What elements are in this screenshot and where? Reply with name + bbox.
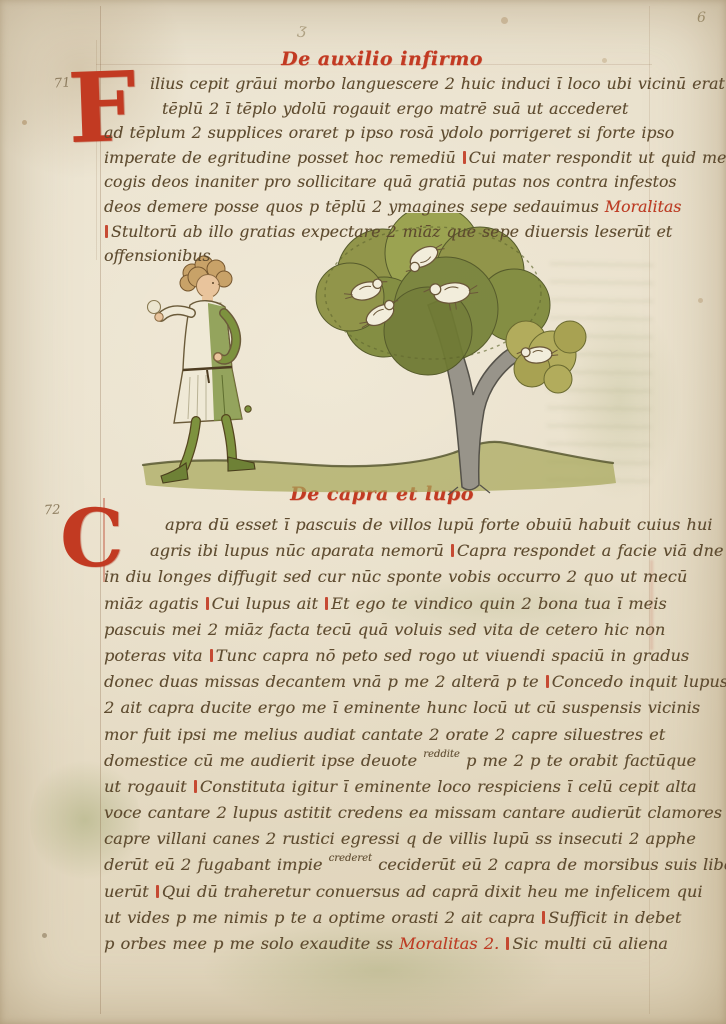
fable1-heading: De auxilio infirmo: [104, 48, 660, 70]
seg-ink: ut rogauit: [104, 777, 193, 796]
seg-ink: uerūt: [104, 882, 155, 901]
seg-ink: agris ibi lupus nūc aparata nemorū: [150, 541, 450, 560]
seg-ink: apra dū esset ī pascuis de villos lupū f…: [165, 515, 712, 534]
foxing-spots: [22, 120, 27, 125]
seg-ink: ad tēplum 2 supplices oraret p ipso rosā…: [104, 123, 674, 142]
man-figure: [148, 256, 256, 483]
folio-number: 6: [697, 10, 706, 26]
margin-number-lower: 72: [44, 503, 61, 519]
seg-ink: p me 2 p te orabit factūque: [460, 751, 696, 770]
offering-object: [148, 301, 161, 314]
seg-ink: deos demere posse quos p tēplū 2 ymagine…: [104, 197, 605, 216]
seg-rmark: [105, 225, 108, 238]
seg-ink: capre villani canes 2 rustici egressi q …: [104, 829, 696, 848]
seg-ink: Concedo inquit lupus: [552, 672, 726, 691]
text-line: uerūt Qui dū traheretur conuersus ad cap…: [104, 879, 664, 905]
seg-ink: offensionibus: [104, 246, 211, 265]
text-line: voce cantare 2 lupus astitit credens ea …: [104, 800, 664, 826]
text-line: mor fuit ipsi me melius audiat cantate 2…: [104, 722, 664, 748]
seg-ink: Cui mater respondit ut quid me: [469, 148, 726, 167]
text-line: p orbes mee p me solo exaudite ss Morali…: [104, 931, 664, 957]
text-line: poteras vita Tunc capra nō peto sed rogo…: [104, 643, 664, 669]
seg-ink: pascuis mei 2 miāz facta tecū quā voluis…: [104, 620, 665, 639]
seg-ink: miāz agatis: [104, 594, 205, 613]
text-line: imperate de egritudine posset hoc remedi…: [104, 146, 664, 171]
seg-ink: Stultorū ab illo gratias expectare 2 miā…: [111, 222, 672, 241]
seg-ink: Capra respondet a facie viā dne: [457, 541, 724, 560]
seg-rmark: [206, 597, 209, 610]
seg-ink: Sic multi cū aliena: [512, 934, 668, 953]
text-line: ilius cepit grāui morbo languescere 2 hu…: [104, 72, 664, 97]
seg-ink: Constituta igitur ī eminente loco respic…: [200, 777, 697, 796]
seg-rmark: [194, 780, 197, 793]
hand: [155, 313, 163, 321]
text-line: capre villani canes 2 rustici egressi q …: [104, 826, 664, 852]
top-center-mark: ʒ: [297, 19, 308, 38]
seg-rmark: [210, 649, 213, 662]
seg-ink: ut vides p me nimis p te a optime orasti…: [104, 908, 541, 927]
text-line: ut rogauit Constituta igitur ī eminente …: [104, 774, 664, 800]
face: [197, 275, 220, 298]
seg-ink: in diu longes diffugit sed cur nūc spont…: [104, 567, 687, 586]
text-line: in diu longes diffugit sed cur nūc spont…: [104, 564, 664, 590]
seg-ink: mor fuit ipsi me melius audiat cantate 2…: [104, 725, 665, 744]
seg-ink: voce cantare 2 lupus astitit credens ea …: [104, 803, 722, 822]
text-line: miāz agatis Cui lupus ait Et ego te vind…: [104, 591, 664, 617]
seg-ink: domestice cū me audierit ipse deuote: [104, 751, 423, 770]
text-line: agris ibi lupus nūc aparata nemorū Capra…: [104, 538, 664, 564]
text-line: cogis deos inaniter pro sollicitare quā …: [104, 170, 664, 195]
text-line: ut vides p me nimis p te a optime orasti…: [104, 905, 664, 931]
seg-rmark: [546, 675, 549, 688]
seg-ink: imperate de egritudine posset hoc remedi…: [104, 148, 462, 167]
seg-sup: crederet: [329, 853, 372, 864]
fable1-text: ilius cepit grāui morbo languescere 2 hu…: [104, 72, 664, 269]
seg-ink: Sufficit in debet: [548, 908, 681, 927]
seg-ink: tēplū 2 ī tēplo ydolū rogauit ergo matrē…: [162, 99, 628, 118]
seg-rmark: [542, 911, 545, 924]
seg-red: Moralitas: [399, 934, 478, 953]
seg-rmark: [325, 597, 328, 610]
text-line: donec duas missas decantem vnā p me 2 al…: [104, 669, 664, 695]
seg-ink: ceciderūt eū 2 capra de morsibus suis li…: [372, 855, 726, 874]
seg-rmark: [463, 151, 466, 164]
ground: [143, 442, 616, 492]
seg-ink: p orbes mee p me solo exaudite ss: [104, 934, 399, 953]
text-line: tēplū 2 ī tēplo ydolū rogauit ergo matrē…: [104, 97, 664, 122]
seg-ink: derūt eū 2 fugabant impie: [104, 855, 329, 874]
text-line: deos demere posse quos p tēplū 2 ymagine…: [104, 195, 664, 220]
seg-ink: Qui dū traheretur conuersus ad caprā dix…: [162, 882, 703, 901]
seg-ink: Cui lupus ait: [212, 594, 324, 613]
seg-red: 2.: [478, 934, 506, 953]
seg-rmark: [451, 544, 454, 557]
seg-rmark: [506, 937, 509, 950]
manuscript-page: 71 72 6 ʒ De auxilio infirmo F ilius cep…: [0, 0, 726, 1024]
text-line: 2 ait capra ducite ergo me ī eminente hu…: [104, 695, 664, 721]
text-line: apra dū esset ī pascuis de villos lupū f…: [104, 512, 664, 538]
seg-ink: 2 ait capra ducite ergo me ī eminente hu…: [104, 698, 700, 717]
seg-ink: donec duas missas decantem vnā p me 2 al…: [104, 672, 545, 691]
seg-sup: reddite: [423, 749, 460, 760]
text-line: offensionibus: [104, 244, 664, 269]
seg-ink: Et ego te vindico quin 2 bona tua ī meis: [331, 594, 667, 613]
seg-ink: cogis deos inaniter pro sollicitare quā …: [104, 172, 676, 191]
text-line: Stultorū ab illo gratias expectare 2 miā…: [104, 220, 664, 245]
belt-pendant: [245, 406, 251, 412]
seg-rmark: [156, 885, 159, 898]
seg-ink: ilius cepit grāui morbo languescere 2 hu…: [150, 74, 725, 93]
fable2-text: apra dū esset ī pascuis de villos lupū f…: [104, 512, 664, 957]
text-line: pascuis mei 2 miāz facta tecū quā voluis…: [104, 617, 664, 643]
text-line: derūt eū 2 fugabant impie crederet cecid…: [104, 852, 664, 878]
seg-ink: poteras vita: [104, 646, 209, 665]
seg-red: Moralitas: [605, 197, 682, 216]
seg-ink: Tunc capra nō peto sed rogo ut viuendi s…: [216, 646, 690, 665]
text-line: ad tēplum 2 supplices oraret p ipso rosā…: [104, 121, 664, 146]
shoe-right: [228, 457, 255, 471]
text-line: domestice cū me audierit ipse deuote red…: [104, 748, 664, 774]
